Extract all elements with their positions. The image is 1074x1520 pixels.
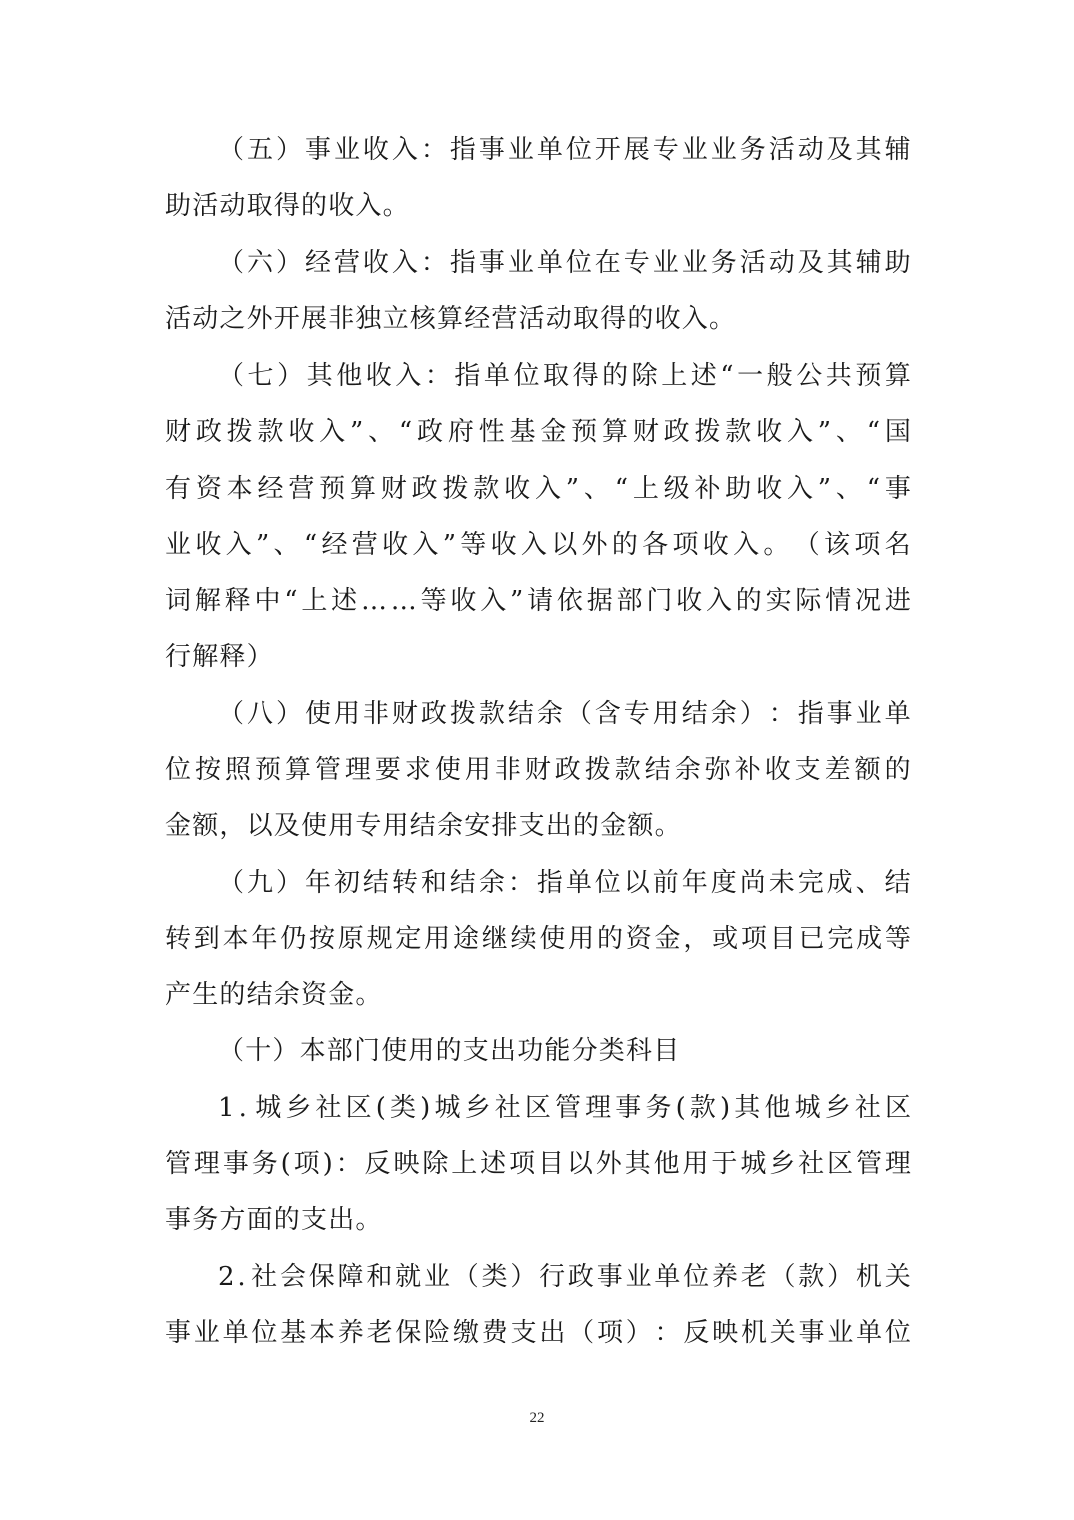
paragraph-line: 词解释中“上述……等收入”请依据部门收入的实际情况进 — [165, 581, 911, 621]
paragraph-first-line: 2. 社会保障和就业（类）行政事业单位养老（款）机关 — [218, 1257, 911, 1297]
paragraph-line: 财政拨款收入”、“政府性基金预算财政拨款收入”、“国 — [165, 412, 911, 452]
paragraph-line: 行解释） — [165, 637, 274, 677]
paragraph-line: 事务方面的支出。 — [165, 1200, 383, 1240]
paragraph-line: 业收入”、“经营收入”等收入以外的各项收入。（该项名 — [165, 525, 911, 565]
paragraph-line: 产生的结余资金。 — [165, 975, 383, 1015]
paragraph-line: 事业单位基本养老保险缴费支出（项）：反映机关事业单位 — [165, 1313, 911, 1353]
paragraph-first-line: （六）经营收入：指事业单位在专业业务活动及其辅助 — [218, 243, 911, 283]
paragraph-line: 管理事务(项)：反映除上述项目以外其他用于城乡社区管理 — [165, 1144, 911, 1184]
paragraph-line: 转到本年仍按原规定用途继续使用的资金，或项目已完成等 — [165, 919, 911, 959]
paragraph-line: 金额，以及使用专用结余安排支出的金额。 — [165, 806, 682, 846]
page-number: 22 — [0, 1410, 1074, 1427]
paragraph-first-line: （五）事业收入：指事业单位开展专业业务活动及其辅 — [218, 130, 911, 170]
document-page: （五）事业收入：指事业单位开展专业业务活动及其辅助活动取得的收入。（六）经营收入… — [0, 0, 1074, 1520]
paragraph-line: 位按照预算管理要求使用非财政拨款结余弥补收支差额的 — [165, 750, 911, 790]
paragraph-first-line: （八）使用非财政拨款结余（含专用结余）：指事业单 — [218, 694, 911, 734]
paragraph-first-line: （九）年初结转和结余：指单位以前年度尚未完成、结 — [218, 863, 911, 903]
paragraph-line: 活动之外开展非独立核算经营活动取得的收入。 — [165, 299, 736, 339]
paragraph-first-line: （七）其他收入：指单位取得的除上述“一般公共预算 — [218, 356, 911, 396]
paragraph-line: 助活动取得的收入。 — [165, 186, 410, 226]
paragraph-line: 有资本经营预算财政拨款收入”、“上级补助收入”、“事 — [165, 469, 911, 509]
paragraph-first-line: （十）本部门使用的支出功能分类科目 — [218, 1031, 680, 1071]
paragraph-first-line: 1. 城乡社区(类)城乡社区管理事务(款)其他城乡社区 — [218, 1088, 911, 1128]
